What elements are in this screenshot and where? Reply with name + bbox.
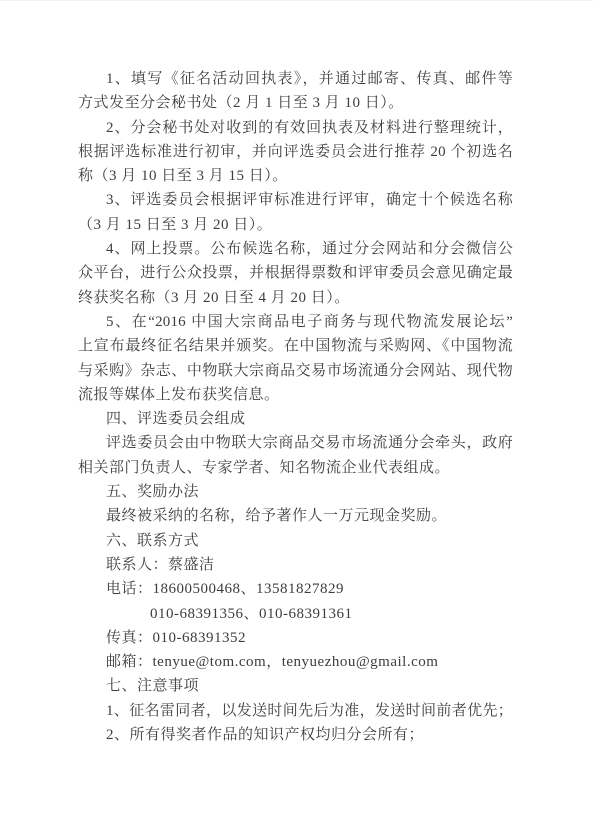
- text-line-6: 3、评选委员会根据评审标准进行评审，确定十个候选名称: [78, 188, 513, 212]
- text-line-23: 010-68391356、010-68391361: [78, 602, 513, 626]
- text-line-3: 2、分会秘书处对收到的有效回执表及材料进行整理统计，: [78, 116, 513, 140]
- text-line-28: 2、所有得奖者作品的知识产权均归分会所有；: [78, 723, 513, 747]
- text-line-12: 上宣布最终征名结果并颁奖。在中国物流与采购网、《中国物流: [78, 334, 513, 358]
- text-line-24: 传真：010-68391352: [78, 626, 513, 650]
- text-line-14: 流报等媒体上发布获奖信息。: [78, 383, 513, 407]
- text-line-25: 邮箱：tenyue@tom.com，tenyuezhou@gmail.com: [78, 650, 513, 674]
- text-line-8: 4、网上投票。公布候选名称，通过分会网站和分会微信公: [78, 237, 513, 261]
- text-line-7: （3 月 15 日至 3 月 20 日）。: [78, 213, 513, 237]
- text-line-15: 四、评选委员会组成: [78, 407, 513, 431]
- text-line-9: 众平台，进行公众投票，并根据得票数和评审委员会意见确定最: [78, 261, 513, 285]
- text-line-10: 终获奖名称（3 月 20 日至 4 月 20 日）。: [78, 286, 513, 310]
- text-line-26: 七、注意事项: [78, 674, 513, 698]
- text-line-20: 六、联系方式: [78, 529, 513, 553]
- text-line-22: 电话：18600500468、13581827829: [78, 577, 513, 601]
- text-line-21: 联系人：蔡盛洁: [78, 553, 513, 577]
- document-page: 1、填写《征名活动回执表》，并通过邮寄、传真、邮件等方式发至分会秘书处（2 月 …: [0, 0, 593, 840]
- text-line-27: 1、征名雷同者，以发送时间先后为准，发送时间前者优先；: [78, 699, 513, 723]
- document-body: 1、填写《征名活动回执表》，并通过邮寄、传真、邮件等方式发至分会秘书处（2 月 …: [78, 67, 513, 747]
- text-line-19: 最终被采纳的名称，给予著作人一万元现金奖励。: [78, 504, 513, 528]
- text-line-1: 1、填写《征名活动回执表》，并通过邮寄、传真、邮件等: [78, 67, 513, 91]
- text-line-4: 根据评选标准进行初审，并向评选委员会进行推荐 20 个初选名: [78, 140, 513, 164]
- text-line-11: 5、在“2016 中国大宗商品电子商务与现代物流发展论坛”: [78, 310, 513, 334]
- text-line-5: 称（3 月 10 日至 3 月 15 日）。: [78, 164, 513, 188]
- text-line-16: 评选委员会由中物联大宗商品交易市场流通分会牵头，政府: [78, 431, 513, 455]
- text-line-2: 方式发至分会秘书处（2 月 1 日至 3 月 10 日）。: [78, 91, 513, 115]
- text-line-17: 相关部门负责人、专家学者、知名物流企业代表组成。: [78, 456, 513, 480]
- text-line-18: 五、奖励办法: [78, 480, 513, 504]
- text-line-13: 与采购》杂志、中物联大宗商品交易市场流通分会网站、现代物: [78, 359, 513, 383]
